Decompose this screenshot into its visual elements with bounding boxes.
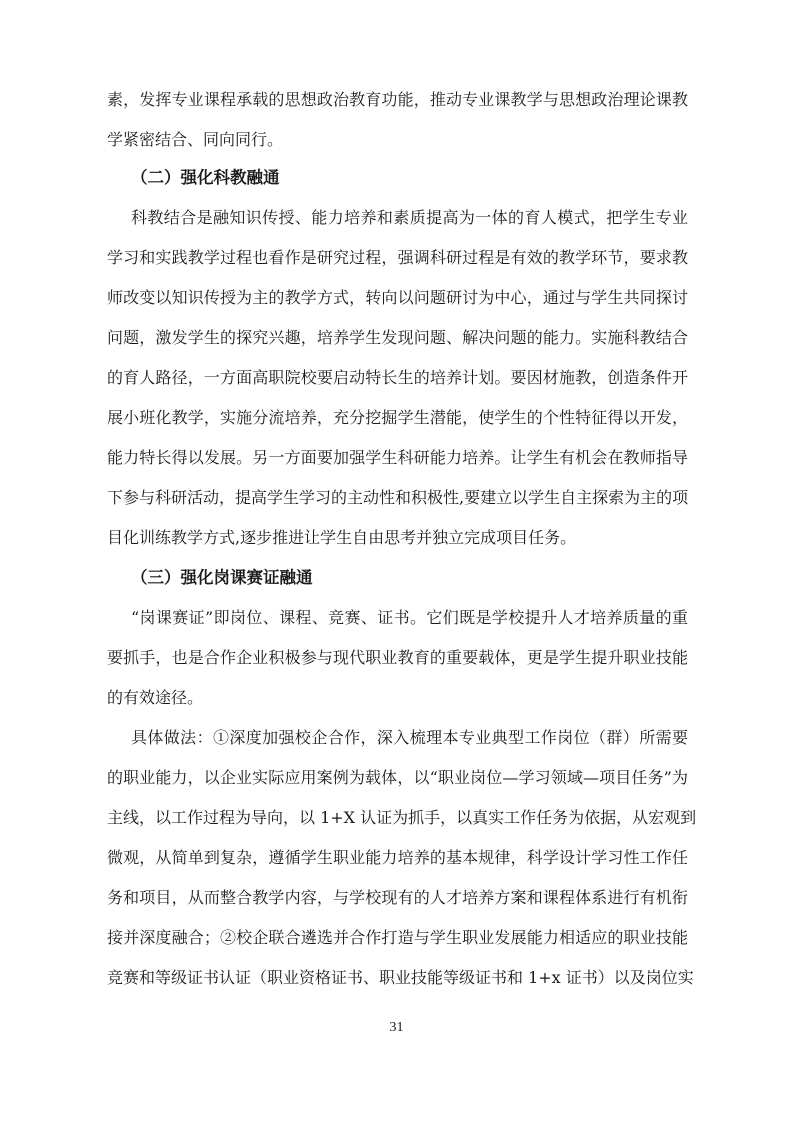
text-line: 科教结合是融知识传授、能力培养和素质提高为一体的育人模式，把学生专业	[131, 206, 688, 230]
text-line: 的职业能力，以企业实际应用案例为载体，以“职业岗位—学习领域—项目任务”为	[107, 766, 688, 790]
page-number: 31	[0, 1020, 793, 1036]
text-line: 微观，从简单到复杂，遵循学生职业能力培养的基本规律，科学设计学习性工作任	[107, 846, 688, 870]
text-line: 目化训练教学方式,逐步推进让学生自由思考并独立完成项目任务。	[107, 526, 688, 550]
text-line: 主线，以工作过程为导向，以 1+X 认证为抓手，以真实工作任务为依据，从宏观到	[107, 806, 688, 830]
text-line: 下参与科研活动，提高学生学习的主动性和积极性,要建立以学生自主探索为主的项	[107, 486, 688, 510]
text-line: 的有效途径。	[107, 686, 688, 710]
text-line: 展小班化教学，实施分流培养，充分挖掘学生潜能，使学生的个性特征得以开发，	[107, 406, 688, 430]
text-line: 学习和实践教学过程也看作是研究过程，强调科研过程是有效的教学环节，要求教	[107, 246, 688, 270]
text-line: 问题，激发学生的探究兴趣，培养学生发现问题、解决问题的能力。实施科教结合	[107, 326, 688, 350]
text-line: 素，发挥专业课程承载的思想政治教育功能，推动专业课教学与思想政治理论课教	[107, 88, 688, 112]
text-line: “岗课赛证”即岗位、课程、竞赛、证书。它们既是学校提升人才培养质量的重	[131, 606, 688, 630]
section-heading: （二）强化科教融通	[131, 166, 280, 190]
text-line: 学紧密结合、同向同行。	[107, 128, 688, 152]
text-line: 要抓手，也是合作企业积极参与现代职业教育的重要载体，更是学生提升职业技能	[107, 646, 688, 670]
document-page: 素，发挥专业课程承载的思想政治教育功能，推动专业课教学与思想政治理论课教 学紧密…	[0, 0, 793, 1122]
text-line: 能力特长得以发展。另一方面要加强学生科研能力培养。让学生有机会在教师指导	[107, 446, 688, 470]
text-line: 竞赛和等级证书认证（职业资格证书、职业技能等级证书和 1+x 证书）以及岗位实	[107, 966, 688, 990]
text-line: 的育人路径，一方面高职院校要启动特长生的培养计划。要因材施教，创造条件开	[107, 366, 688, 390]
text-line: 具体做法：①深度加强校企合作，深入梳理本专业典型工作岗位（群）所需要	[131, 726, 688, 750]
text-line: 接并深度融合；②校企联合遴选并合作打造与学生职业发展能力相适应的职业技能	[107, 926, 688, 950]
section-heading: （三）强化岗课赛证融通	[131, 566, 313, 590]
text-line: 务和项目，从而整合教学内容，与学校现有的人才培养方案和课程体系进行有机衔	[107, 886, 688, 910]
text-line: 师改变以知识传授为主的教学方式，转向以问题研讨为中心，通过与学生共同探讨	[107, 286, 688, 310]
